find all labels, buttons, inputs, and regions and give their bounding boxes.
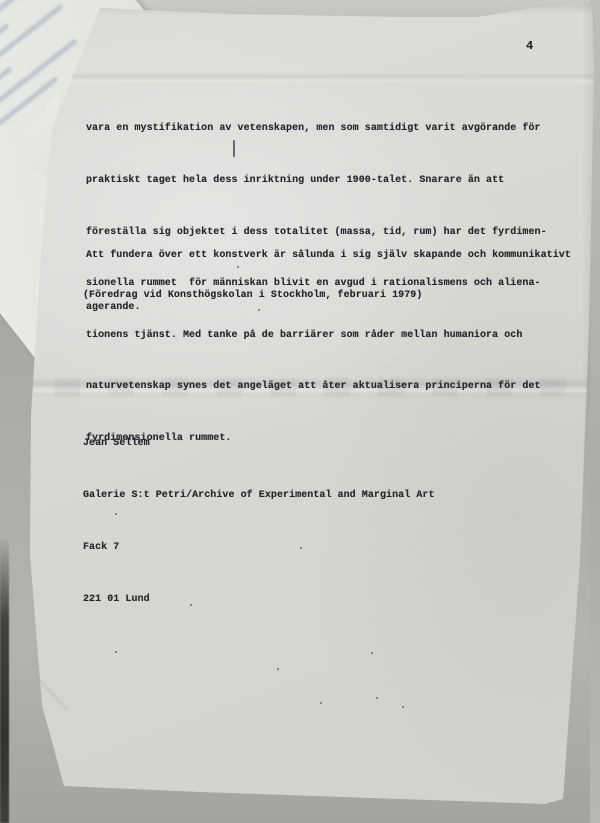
ink-speck [115,651,117,653]
signature-po-box: Fack 7 [83,539,435,556]
ink-speck [317,251,319,253]
body-paragraph-2: Att fundera över ett konstverk är sålund… [86,213,571,351]
ink-speck [371,652,373,654]
body-line: naturvetenskap synes det angeläget att å… [86,378,547,395]
document-page: 4 vara en mystifikation av vetenskapen, … [0,0,600,823]
ink-speck [376,697,378,699]
ink-speck [320,702,322,704]
ink-speck [115,513,117,515]
ink-speck [277,668,279,670]
signature-name: Jean Sellem [83,435,435,452]
body-line: praktiskt taget hela dess inriktning und… [86,172,547,189]
page-number: 4 [526,39,533,54]
table-edge-shadow [0,540,9,823]
stray-pen-mark [233,140,235,157]
paper-crease-top [40,72,596,85]
ink-speck [258,309,260,311]
signature-postal-city: 221 01 Lund [83,591,435,608]
ink-speck [190,604,192,606]
body-line: vara en mystifikation av vetenskapen, me… [86,120,547,137]
photo-scene: 4 vara en mystifikation av vetenskapen, … [0,0,600,823]
body-line: Att fundera över ett konstverk är sålund… [86,247,571,264]
signature-address-block: Jean Sellem Galerie S:t Petri/Archive of… [83,400,435,644]
ink-speck [300,547,302,549]
lecture-footnote: (Föredrag vid Konsthögskolan i Stockholm… [83,287,422,304]
signature-organization: Galerie S:t Petri/Archive of Experimenta… [83,487,435,504]
ink-speck [237,266,239,268]
ink-speck [402,706,404,708]
